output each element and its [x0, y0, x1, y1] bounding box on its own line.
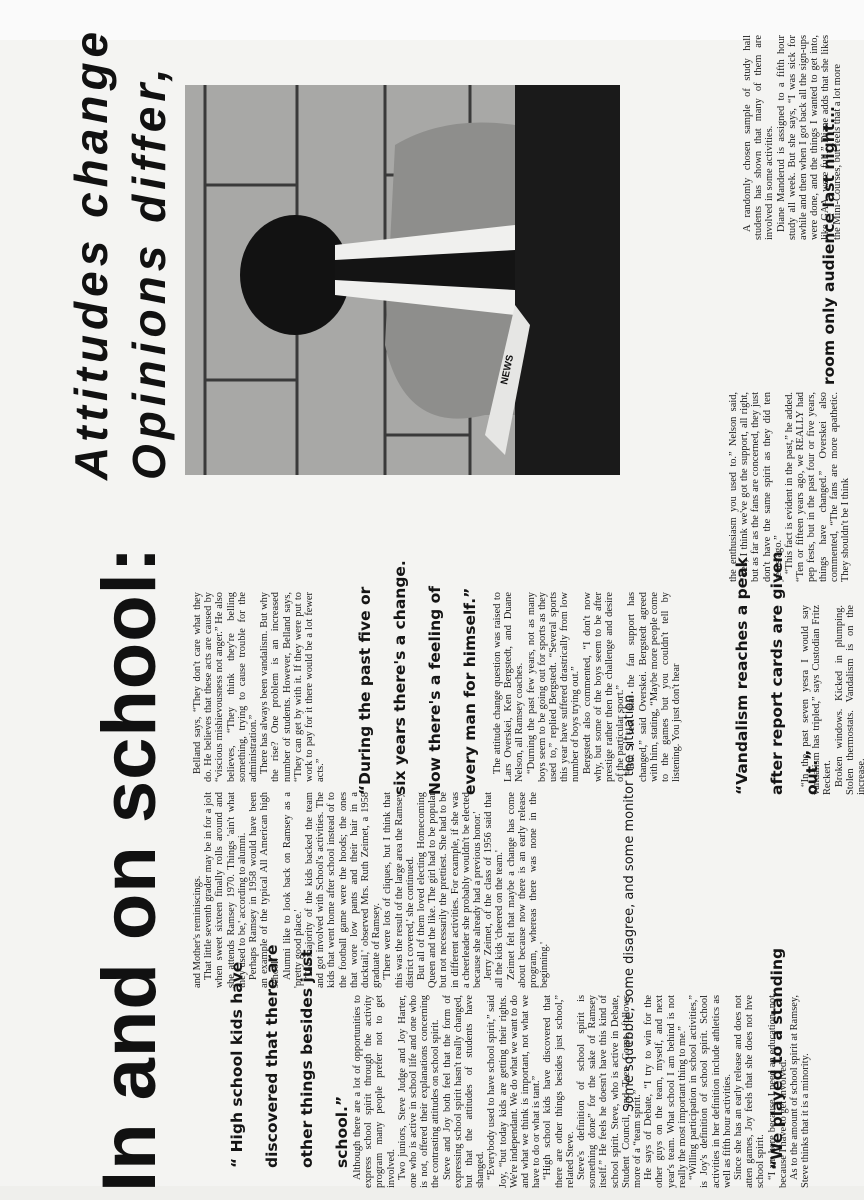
paragraph: Broken windows. Kicked in plumping. Stol… — [834, 605, 864, 795]
paragraph: Steve's definition of school spirit is s… — [576, 995, 643, 1188]
article-column-3-top: Belland says, “They don't care what they… — [192, 592, 326, 782]
paragraph: Diane Manderud is assigned to a fifth ho… — [776, 35, 843, 240]
paragraph: But all of them loved electing Homecomin… — [416, 792, 483, 988]
paragraph: He says of Debate, “I try to win for the… — [643, 995, 688, 1188]
paragraph: Perhaps Ramsey in 1958 would have been a… — [248, 792, 282, 988]
paragraph: Zeimet felt that maybe a change has come… — [506, 792, 551, 988]
headline-attitudes-change: Attitudes change — [68, 27, 114, 480]
article-column-1: Although there are a lot of opportunitie… — [352, 995, 811, 1188]
paragraph: Steve and Joy both feel that the form of… — [442, 995, 487, 1188]
paragraph: The attitude change question was raised … — [492, 592, 526, 782]
article-column-2: and Mother's reminiscings. That little s… — [192, 792, 551, 988]
pull-quote-line: after report cards are given — [760, 551, 795, 795]
photo-image: NEWS — [185, 85, 620, 475]
paragraph: Jerry Zeimet, of the class of 1956 said … — [483, 792, 505, 988]
paragraph: the enthusiasm you used to.” Nelson said… — [728, 392, 784, 582]
pull-quote-during-past: “During the past five or six years there… — [348, 560, 488, 795]
paragraph: “Willing participation in school activit… — [688, 995, 733, 1188]
article-column-study-hall: A randomly chosen sample of study hall s… — [742, 35, 843, 240]
paragraph: Bergstedt also commented, “I don't now w… — [582, 592, 627, 782]
pull-quote-standing-room: “We played to a standing — [760, 948, 795, 1170]
article-column-coaches-continued: the enthusiasm you used to.” Nelson said… — [728, 392, 851, 582]
article-column-3-bottom: The attitude change question was raised … — [492, 592, 682, 782]
paragraph: That little seventh grader may be in for… — [203, 792, 248, 988]
pull-quote-line: “We played to a standing — [760, 948, 795, 1170]
photo-man-reading-newspaper: NEWS — [185, 85, 620, 475]
article-column-vandalism: “In the past seven yesra I would say van… — [800, 605, 864, 795]
headline-main: In and on school: — [92, 546, 168, 1192]
pull-quote-line: six years there's a change. — [383, 560, 418, 795]
paragraph: “In the past seven yesra I would say van… — [800, 605, 834, 795]
paragraph: “High school kids have discovered that t… — [542, 995, 576, 1188]
paragraph: A randomly chosen sample of study hall s… — [742, 35, 776, 240]
pull-quote-line: every man for himself.” — [453, 560, 488, 795]
paragraph: “Durning the past few years, not as many… — [526, 592, 582, 782]
paragraph: and Mother's reminiscings. — [192, 792, 203, 988]
scan-margin-right — [0, 0, 864, 40]
paragraph: “This fact is evident in the past,” he a… — [784, 392, 851, 582]
pull-quote-line: “During the past five or — [348, 560, 383, 795]
paragraph: 'There were lots of cliques, but I think… — [382, 792, 416, 988]
pull-quote-line: “Vandalism reaches a peak — [725, 551, 760, 795]
paragraph: Belland says, “They don't care what they… — [192, 592, 259, 782]
paragraph: There has always been vandalism. But why… — [259, 592, 326, 782]
pull-quote-line: Now there's a feeling of — [418, 560, 453, 795]
newspaper-page: In and on school: Attitudes change Opini… — [0, 0, 864, 1200]
paragraph: Although there are a lot of opportunitie… — [352, 995, 397, 1188]
headline-opinions-differ: Opinions differ, — [126, 63, 172, 480]
paragraph: “Everybody used to have school spirit,” … — [486, 995, 542, 1188]
paragraph: Two juniors, Steve Judge and Joy Harter,… — [397, 995, 442, 1188]
paragraph: “But I feel that the fan support has cha… — [626, 592, 682, 782]
paragraph: Alumni like to look back on Ramsey as a … — [282, 792, 304, 988]
paragraph: 'The majority of the kids backed the tea… — [304, 792, 382, 988]
